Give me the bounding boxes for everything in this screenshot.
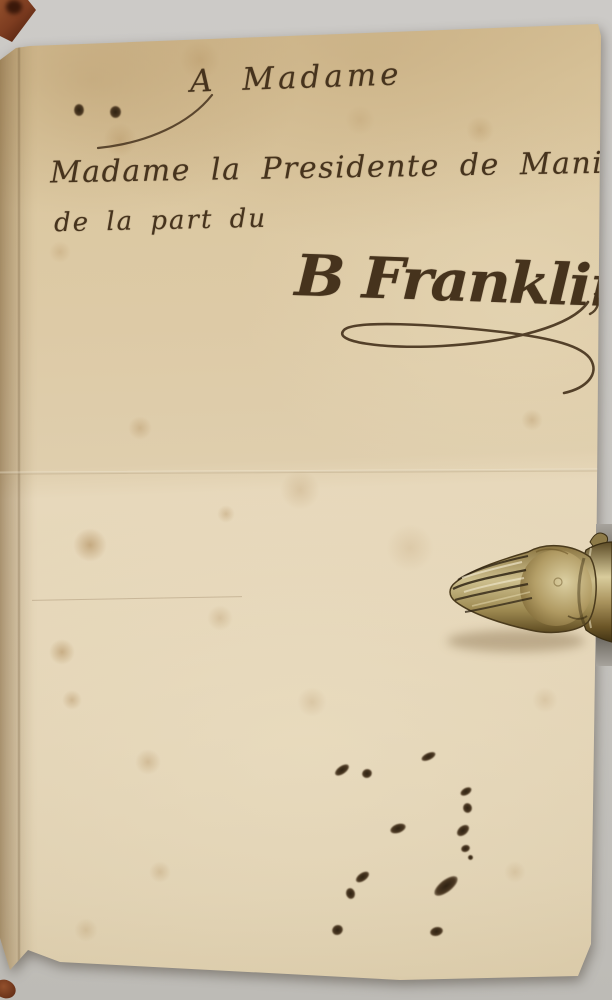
ink-blot: [468, 855, 473, 860]
foxing-stain: [345, 105, 375, 135]
foxing-stain: [135, 749, 161, 775]
foxing-stain: [128, 416, 152, 440]
foxing-stain: [62, 690, 82, 710]
ink-blot: [74, 104, 84, 116]
foxing-stain: [49, 639, 75, 665]
hand-clasp: [440, 512, 612, 660]
photo-frame: A Madame Madame la Presidente de Maniere…: [0, 0, 612, 1000]
franklin-signature: B Franklin: [294, 242, 612, 321]
foxing-stain: [74, 918, 98, 942]
inscription-line-1: A Madame: [189, 56, 403, 99]
inscription-line-2: Madame la Presidente de Manieres: [50, 145, 612, 191]
ink-blot: [455, 823, 472, 839]
ink-blot: [361, 768, 373, 780]
ink-blot: [429, 925, 444, 937]
ink-blot: [459, 785, 473, 797]
foxing-stain: [466, 116, 494, 144]
foxing-stain: [103, 123, 137, 157]
foxing-stain: [73, 528, 107, 562]
surface-scratch: [32, 596, 242, 601]
foxing-stain: [217, 505, 235, 523]
ink-blot: [462, 802, 473, 813]
inscription-line-3: de la part du: [54, 204, 268, 238]
book-page: A Madame Madame la Presidente de Maniere…: [0, 0, 612, 1000]
foxing-stain: [49, 241, 71, 263]
foxing-stain: [386, 524, 434, 572]
foxing-stain: [532, 687, 558, 713]
ink-blot: [110, 106, 121, 118]
foxing-stain: [149, 861, 171, 883]
ink-blot: [330, 923, 345, 937]
ink-blot: [420, 750, 437, 763]
ink-blot: [354, 869, 371, 884]
foxing-stain: [280, 470, 320, 510]
foxing-stain: [297, 687, 327, 717]
foxing-stain: [521, 409, 543, 431]
vertical-crease: [18, 40, 20, 970]
ink-blot: [333, 762, 351, 778]
foxing-stain: [504, 861, 526, 883]
ink-blot: [389, 822, 407, 836]
foxing-stain: [207, 605, 233, 631]
leather-corner-shadow: [6, 0, 22, 14]
book-page-wrapper: A Madame Madame la Presidente de Maniere…: [0, 0, 612, 1000]
ink-blot: [431, 873, 460, 900]
gutter-shadow: [0, 0, 34, 1000]
ink-blot: [460, 844, 471, 854]
ink-blot: [345, 887, 357, 900]
